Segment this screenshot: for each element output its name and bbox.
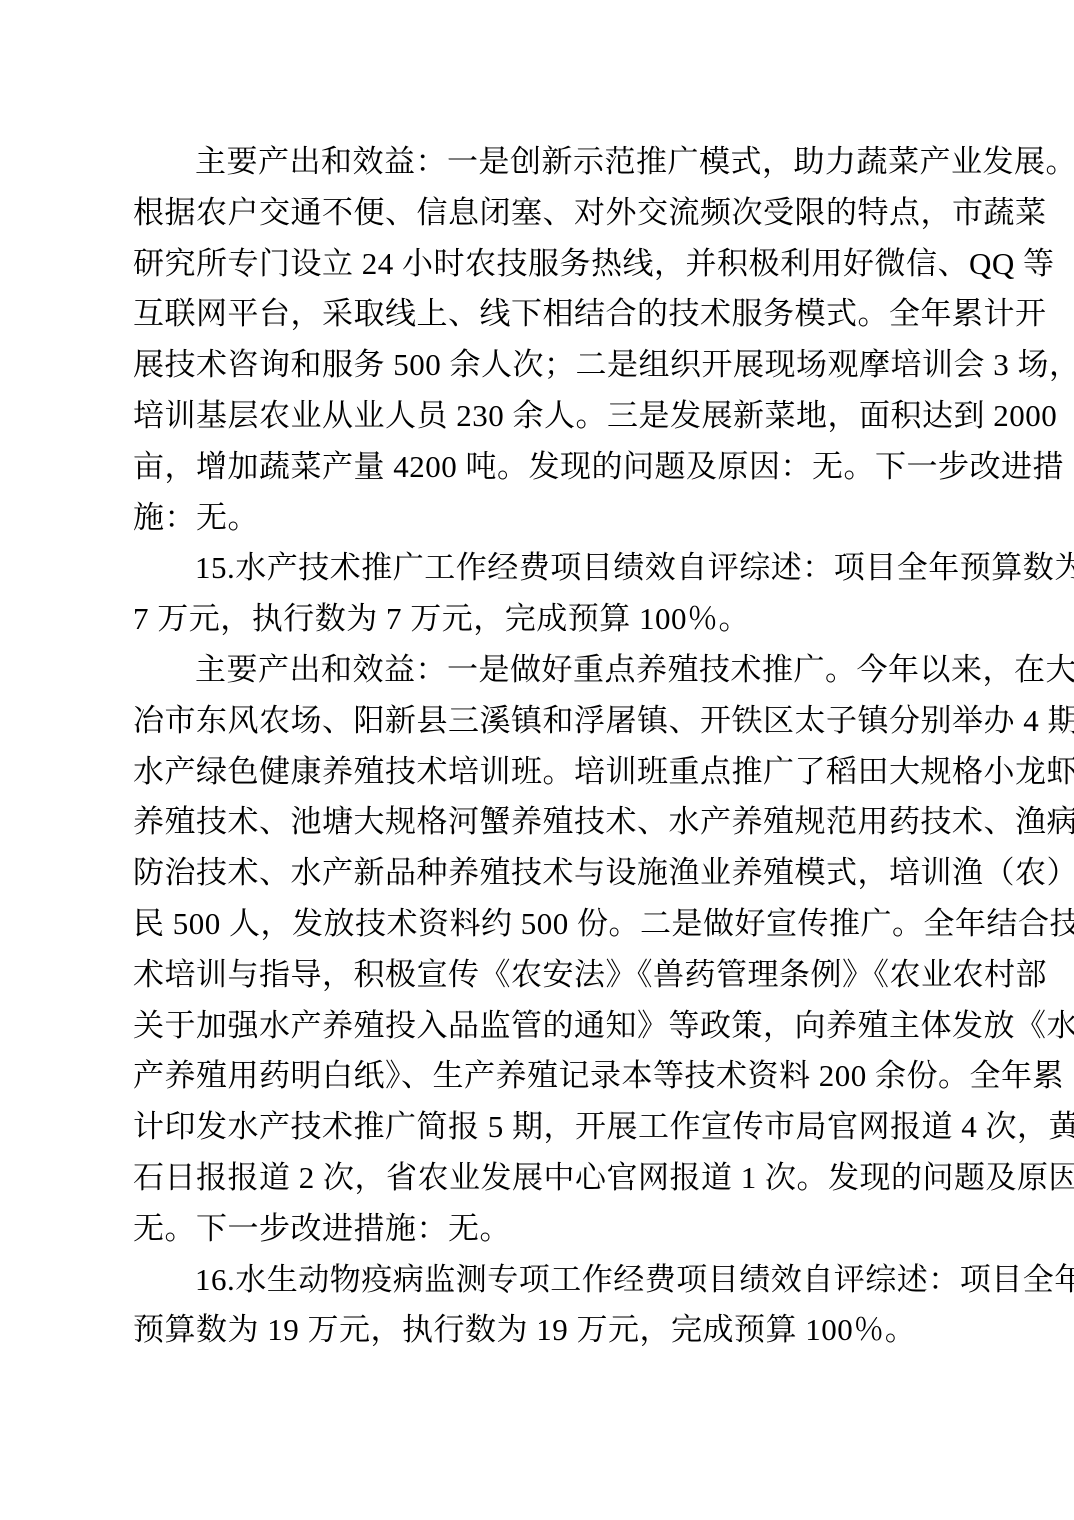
text-line: 民 500 人，发放技术资料约 500 份。二是做好宣传推广。全年结合技 — [133, 899, 975, 950]
text-line: 养殖技术、池塘大规格河蟹养殖技术、水产养殖规范用药技术、渔病 — [133, 797, 975, 848]
text-line: 防治技术、水产新品种养殖技术与设施渔业养殖模式，培训渔（农） — [133, 848, 975, 899]
document-body: 主要产出和效益：一是创新示范推广模式，助力蔬菜产业发展。根据农户交通不便、信息闭… — [133, 137, 975, 1356]
text-line: 15.水产技术推广工作经费项目绩效自评综述：项目全年预算数为 — [133, 543, 975, 594]
document-page: 主要产出和效益：一是创新示范推广模式，助力蔬菜产业发展。根据农户交通不便、信息闭… — [0, 0, 1074, 1520]
text-line: 主要产出和效益：一是创新示范推广模式，助力蔬菜产业发展。 — [133, 137, 975, 188]
text-line: 预算数为 19 万元，执行数为 19 万元，完成预算 100％。 — [133, 1305, 975, 1356]
text-line: 主要产出和效益：一是做好重点养殖技术推广。今年以来，在大 — [133, 645, 975, 696]
text-line: 计印发水产技术推广简报 5 期，开展工作宣传市局官网报道 4 次，黄 — [133, 1102, 975, 1153]
text-line: 石日报报道 2 次，省农业发展中心官网报道 1 次。发现的问题及原因： — [133, 1153, 975, 1204]
text-line: 培训基层农业从业人员 230 余人。三是发展新菜地，面积达到 2000 — [133, 391, 975, 442]
text-line: 根据农户交通不便、信息闭塞、对外交流频次受限的特点，市蔬菜 — [133, 188, 975, 239]
text-line: 关于加强水产养殖投入品监管的通知》等政策，向养殖主体发放《水 — [133, 1001, 975, 1052]
text-line: 无。下一步改进措施：无。 — [133, 1204, 975, 1255]
text-line: 互联网平台，采取线上、线下相结合的技术服务模式。全年累计开 — [133, 289, 975, 340]
text-line: 水产绿色健康养殖技术培训班。培训班重点推广了稻田大规格小龙虾 — [133, 747, 975, 798]
text-line: 16.水生动物疫病监测专项工作经费项目绩效自评综述：项目全年 — [133, 1255, 975, 1306]
text-line: 亩，增加蔬菜产量 4200 吨。发现的问题及原因：无。下一步改进措 — [133, 442, 975, 493]
text-line: 施：无。 — [133, 493, 975, 544]
text-line: 产养殖用药明白纸》、生产养殖记录本等技术资料 200 余份。全年累 — [133, 1051, 975, 1102]
text-line: 7 万元，执行数为 7 万元，完成预算 100％。 — [133, 594, 975, 645]
text-line: 冶市东风农场、阳新县三溪镇和浮屠镇、开铁区太子镇分别举办 4 期 — [133, 696, 975, 747]
text-line: 研究所专门设立 24 小时农技服务热线，并积极利用好微信、QQ 等 — [133, 239, 975, 290]
text-line: 展技术咨询和服务 500 余人次；二是组织开展现场观摩培训会 3 场， — [133, 340, 975, 391]
text-line: 术培训与指导，积极宣传《农安法》《兽药管理条例》《农业农村部 — [133, 950, 975, 1001]
